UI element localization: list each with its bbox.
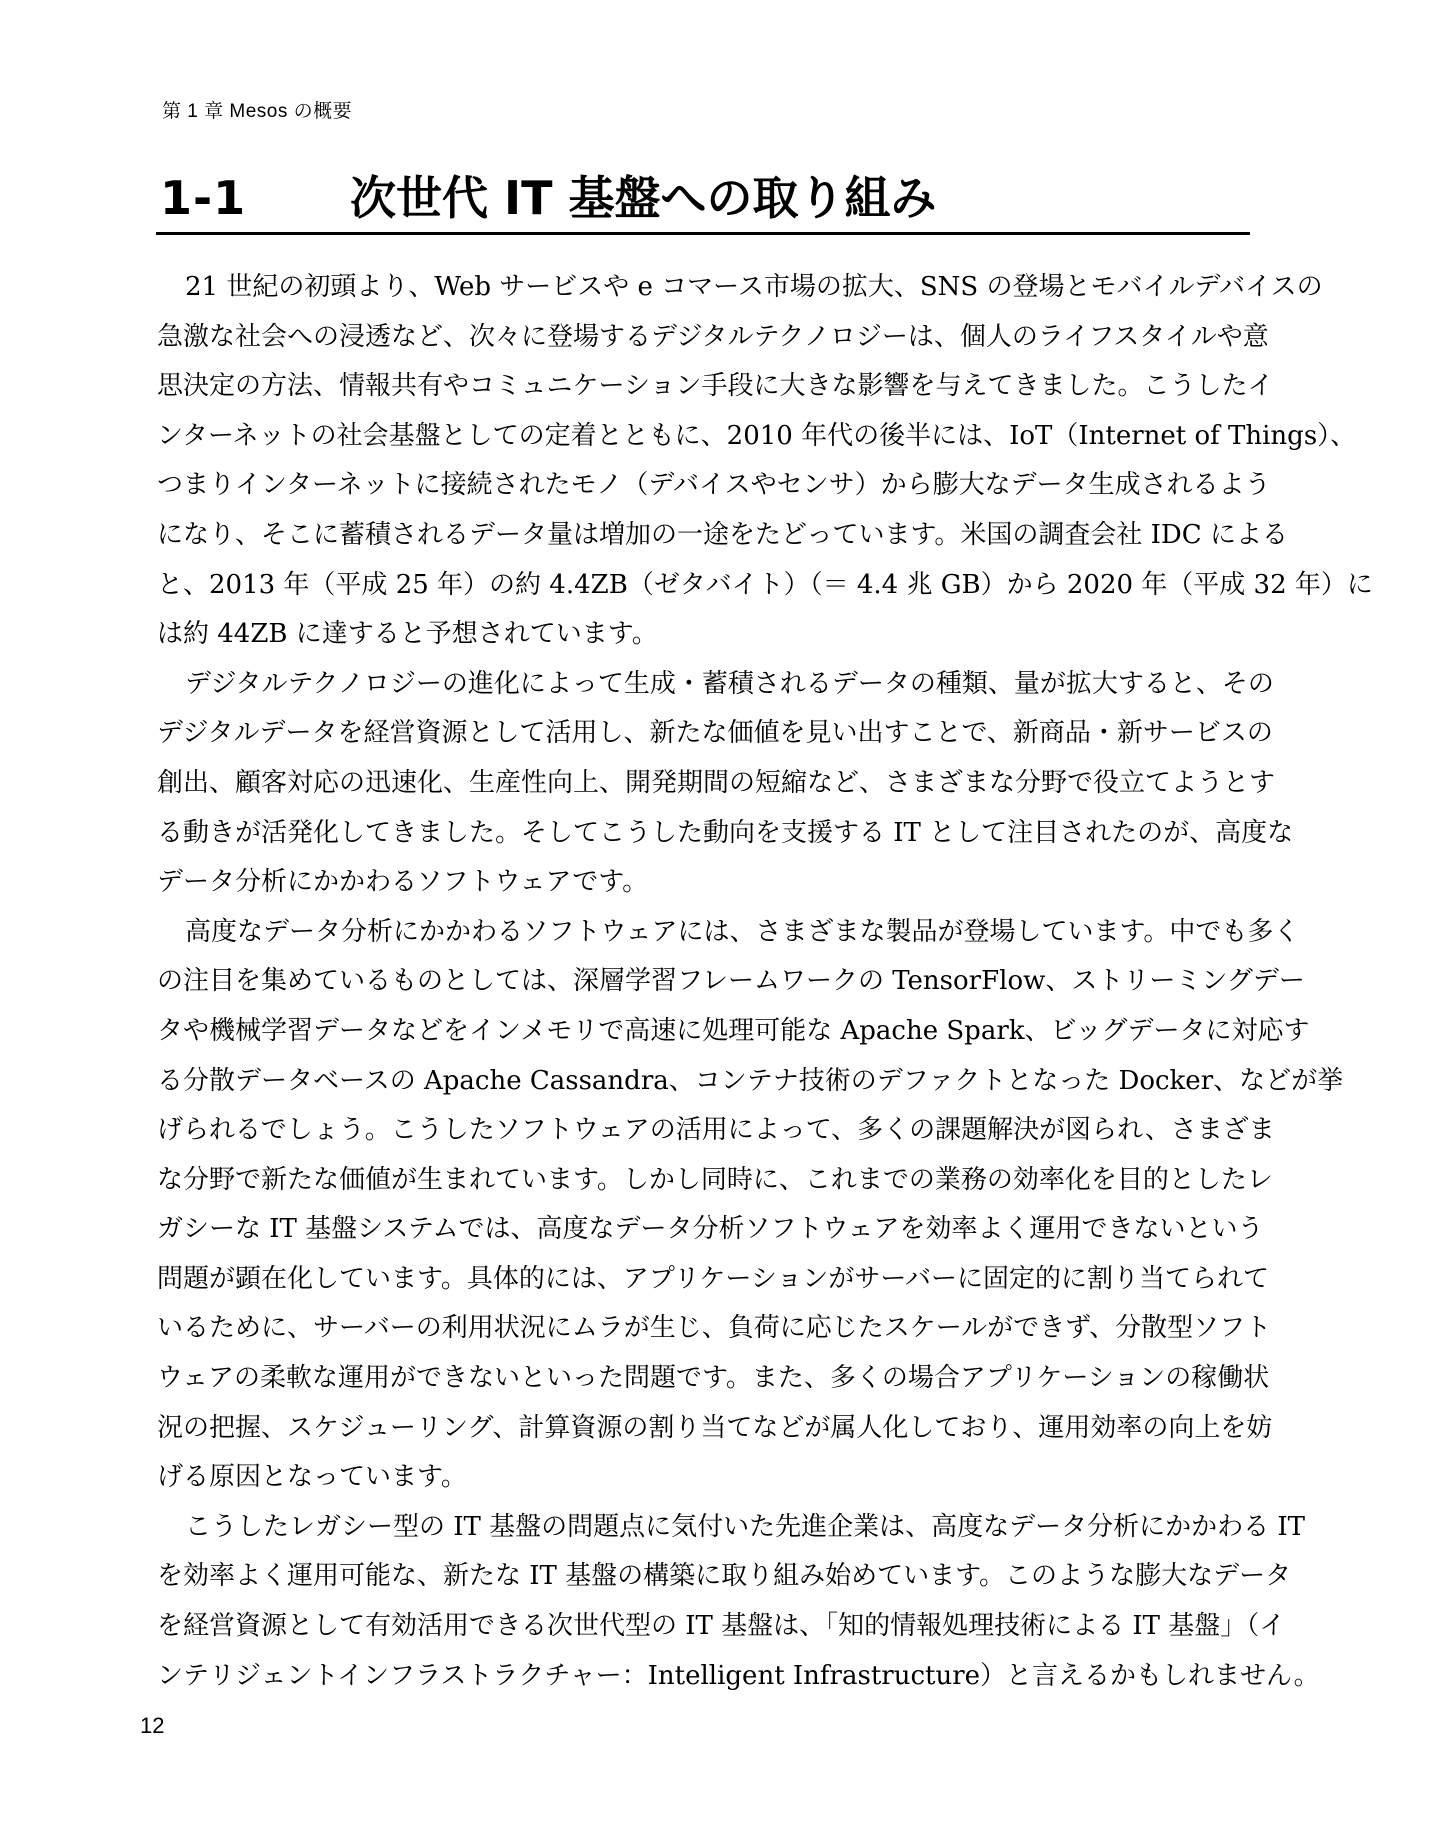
text-line: 高度なデータ分析にかかわるソフトウェアには、さまざまな製品が登場しています。中で… — [157, 908, 1253, 958]
text-line: 急激な社会への浸透など、次々に登場するデジタルテクノロジーは、個人のライフスタイ… — [157, 313, 1253, 363]
text-line: げられるでしょう。こうしたソフトウェアの活用によって、多くの課題解決が図られ、さ… — [157, 1106, 1253, 1156]
paragraph-1: 21 世紀の初頭より、Web サービスや e コマース市場の拡大、SNS の登場… — [157, 263, 1253, 660]
page-number: 12 — [140, 1712, 164, 1740]
text-line: 創出、顧客対応の迅速化、生産性向上、開発期間の短縮など、さまざまな分野で役立てよ… — [157, 759, 1253, 809]
body-text: 21 世紀の初頭より、Web サービスや e コマース市場の拡大、SNS の登場… — [157, 263, 1253, 1701]
section-number: 1-1 — [160, 168, 246, 228]
text-line: ンターネットの社会基盤としての定着とともに、2010 年代の後半には、IoT（I… — [157, 412, 1253, 462]
text-line: と、2013 年（平成 25 年）の約 4.4ZB（ゼタバイト）（＝ 4.4 兆… — [157, 561, 1253, 611]
text-line: な分野で新たな価値が生まれています。しかし同時に、これまでの業務の効率化を目的と… — [157, 1156, 1253, 1206]
running-head: 第 1 章 Mesos の概要 — [162, 100, 352, 124]
text-line: を効率よく運用可能な、新たな IT 基盤の構築に取り組み始めています。このような… — [157, 1552, 1253, 1602]
text-line: ウェアの柔軟な運用ができないといった問題です。また、多くの場合アプリケーションの… — [157, 1354, 1253, 1404]
text-line: タや機械学習データなどをインメモリで高速に処理可能な Apache Spark、… — [157, 1007, 1253, 1057]
text-line: げる原因となっています。 — [157, 1453, 1253, 1503]
paragraph-3: 高度なデータ分析にかかわるソフトウェアには、さまざまな製品が登場しています。中で… — [157, 908, 1253, 1503]
paragraph-4: こうしたレガシー型の IT 基盤の問題点に気付いた先進企業は、高度なデータ分析に… — [157, 1503, 1253, 1701]
text-line: つまりインターネットに接続されたモノ（デバイスやセンサ）から膨大なデータ生成され… — [157, 461, 1253, 511]
text-line: デジタルテクノロジーの進化によって生成・蓄積されるデータの種類、量が拡大すると、… — [157, 660, 1253, 710]
heading-rule — [156, 232, 1250, 235]
text-line: る分散データベースの Apache Cassandra、コンテナ技術のデファクト… — [157, 1057, 1253, 1107]
text-line: いるために、サーバーの利用状況にムラが生じ、負荷に応じたスケールができず、分散型… — [157, 1304, 1253, 1354]
text-line: データ分析にかかわるソフトウェアです。 — [157, 858, 1253, 908]
text-line: る動きが活発化してきました。そしてこうした動向を支援する IT として注目された… — [157, 809, 1253, 859]
text-line: の注目を集めているものとしては、深層学習フレームワークの TensorFlow、… — [157, 957, 1253, 1007]
text-line: 況の把握、スケジューリング、計算資源の割り当てなどが属人化しており、運用効率の向… — [157, 1404, 1253, 1454]
text-line: は約 44ZB に達すると予想されています。 — [157, 610, 1253, 660]
paragraph-2: デジタルテクノロジーの進化によって生成・蓄積されるデータの種類、量が拡大すると、… — [157, 660, 1253, 908]
text-line: デジタルデータを経営資源として活用し、新たな価値を見い出すことで、新商品・新サー… — [157, 709, 1253, 759]
text-line: ガシーな IT 基盤システムでは、高度なデータ分析ソフトウェアを効率よく運用でき… — [157, 1205, 1253, 1255]
text-line: になり、そこに蓄積されるデータ量は増加の一途をたどっています。米国の調査会社 I… — [157, 511, 1253, 561]
text-line: 問題が顕在化しています。具体的には、アプリケーションがサーバーに固定的に割り当て… — [157, 1255, 1253, 1305]
text-line: 21 世紀の初頭より、Web サービスや e コマース市場の拡大、SNS の登場… — [157, 263, 1253, 313]
section-title: 次世代 IT 基盤への取り組み — [350, 168, 937, 228]
text-line: を経営資源として有効活用できる次世代型の IT 基盤は、「知的情報処理技術による… — [157, 1602, 1253, 1652]
text-line: こうしたレガシー型の IT 基盤の問題点に気付いた先進企業は、高度なデータ分析に… — [157, 1503, 1253, 1553]
text-line: 思決定の方法、情報共有やコミュニケーション手段に大きな影響を与えてきました。こう… — [157, 362, 1253, 412]
section-heading: 1-1 次世代 IT 基盤への取り組み — [160, 168, 1250, 228]
text-line: ンテリジェントインフラストラクチャー：Intelligent Infrastru… — [157, 1652, 1253, 1702]
